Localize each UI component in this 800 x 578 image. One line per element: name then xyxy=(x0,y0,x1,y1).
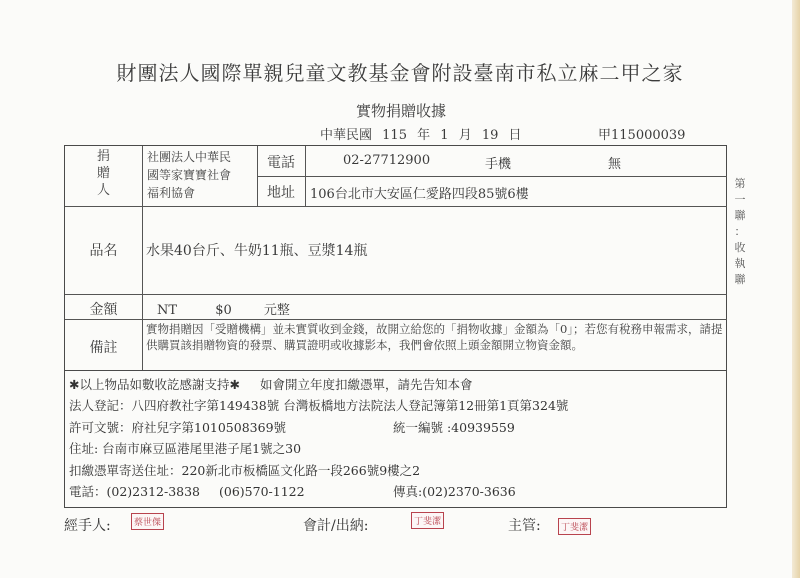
date-year: 115 xyxy=(382,128,407,143)
mailing-address: 扣繳憑單寄送住址：220新北市板橋區文化路一段266號9樓之2 xyxy=(69,460,719,481)
phone-value: 02-27712900 xyxy=(343,153,430,168)
supervisor-label: 主管: xyxy=(508,515,541,535)
amount-value: NT $0 元整 xyxy=(157,299,290,318)
address-label: 地址 xyxy=(257,182,305,202)
license-info: 許可文號：府社兒字第1010508369號 xyxy=(69,420,286,435)
date-month-unit: 月 xyxy=(459,128,472,143)
receipt-form: 捐 贈 人 社團法人中華民 國等家寶寶社會 福利協會 電話 02-2771290… xyxy=(64,145,727,508)
divider xyxy=(65,370,727,371)
divider xyxy=(65,319,727,320)
info-block: ✱以上物品如數收訖感謝支持✱ 如會開立年度扣繳憑單，請先告知本會 法人登記：八四… xyxy=(69,374,719,502)
amount-number: $0 xyxy=(215,303,232,318)
organization-title: 財團法人國際單親兒童文教基金會附設臺南市私立麻二甲之家 xyxy=(0,57,800,86)
org-phone: 電話：(02)2312-3838 xyxy=(69,484,200,499)
document-title: 實物捐贈收據 xyxy=(296,100,506,121)
tax-id: 統一編號 :40939559 xyxy=(393,417,515,438)
org-fax: 傳真:(02)2370-3636 xyxy=(393,481,516,502)
accountant-stamp: 丁斐潔 xyxy=(411,512,444,529)
annual-notice: 如會開立年度扣繳憑單，請先告知本會 xyxy=(260,377,473,392)
divider xyxy=(257,176,727,177)
date-day-unit: 日 xyxy=(509,128,522,143)
address-value: 106台北市大安區仁愛路四段85號6樓 xyxy=(310,183,529,202)
registration-info: 法人登記：八四府教社字第149438號 台灣板橋地方法院法人登記簿第12冊第1頁… xyxy=(69,395,719,416)
org-address: 住址: 台南市麻豆區港尾里港子尾1號之30 xyxy=(69,438,719,459)
date-year-unit: 年 xyxy=(417,128,430,143)
serial-number: 甲115000039 xyxy=(598,124,685,143)
copy-note: 第 一 聯 ： 收 執 聯 xyxy=(733,176,747,288)
divider xyxy=(65,206,727,207)
paper-edge xyxy=(792,0,800,578)
divider xyxy=(142,146,143,370)
items-label: 品名 xyxy=(65,240,142,260)
org-phone-2: (06)570-1122 xyxy=(219,481,305,502)
supervisor-stamp: 丁斐潔 xyxy=(558,518,591,535)
donor-name: 社團法人中華民 國等家寶寶社會 福利協會 xyxy=(147,148,257,202)
phone-label: 電話 xyxy=(257,152,305,172)
thanks-text: ✱以上物品如數收訖感謝支持✱ xyxy=(69,377,240,392)
amount-unit: 元整 xyxy=(264,303,290,318)
date-day: 19 xyxy=(482,128,499,143)
date-era: 中華民國 xyxy=(320,128,372,143)
handler-label: 經手人: xyxy=(64,515,111,535)
mobile-label: 手機 xyxy=(485,153,511,172)
handler-stamp: 蔡世傑 xyxy=(131,513,164,530)
amount-label: 金額 xyxy=(65,299,142,319)
remarks-text: 實物捐贈因「受贈機構」並未實質收到金錢，故開立給您的「捐物收據」金額為「0」；若… xyxy=(146,321,724,353)
divider xyxy=(65,294,727,295)
remarks-label: 備註 xyxy=(65,337,142,357)
accountant-label: 會計/出納: xyxy=(303,515,368,535)
amount-currency: NT xyxy=(157,303,177,318)
date-month: 1 xyxy=(440,128,448,143)
receipt-date: 中華民國 115 年 1 月 19 日 xyxy=(320,124,528,143)
donor-label: 捐 贈 人 xyxy=(65,148,142,199)
items-value: 水果40台斤、牛奶11瓶、豆漿14瓶 xyxy=(146,240,367,260)
mobile-value: 無 xyxy=(608,153,621,172)
